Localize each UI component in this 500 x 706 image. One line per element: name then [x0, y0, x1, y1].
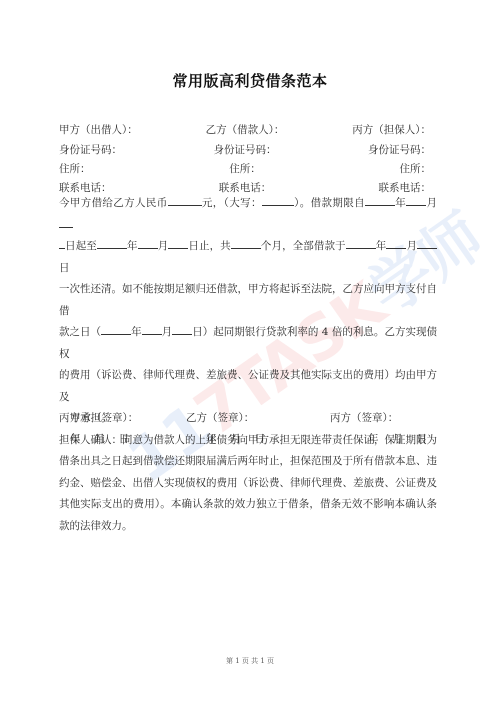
loan-month-blank[interactable] — [142, 324, 162, 335]
guarantor-id-label: 身份证号码： — [368, 142, 431, 157]
amount-blank[interactable] — [168, 195, 202, 206]
repay-month-blank[interactable] — [386, 238, 406, 249]
repay-year-blank[interactable] — [346, 238, 376, 249]
borrower-address-label: 住所： — [59, 161, 431, 176]
end-month-blank[interactable] — [138, 238, 158, 249]
id-row: 身份证号码： 身份证号码： 身份证号码： — [59, 142, 431, 156]
end-day-blank[interactable] — [168, 238, 188, 249]
borrower-signature-label: 乙方（签章）： — [186, 410, 254, 425]
borrower-date: 年 月 日 — [206, 431, 265, 446]
start-month-blank[interactable] — [406, 195, 426, 206]
guarantor-date: 年 月 日 — [368, 431, 427, 446]
lender-date: 年 月 日 — [70, 431, 129, 446]
guarantor-label: 丙方（担保人）： — [352, 122, 431, 137]
address-row: 住所： 住所： 住所： — [59, 161, 431, 175]
document-page: 117TASK学师 常用版高利贷借条范本 甲方（出借人）： 乙方（借款人）： 丙… — [0, 0, 500, 706]
amount-words-blank[interactable] — [262, 195, 294, 206]
guarantor-signature-label: 丙方（签章）： — [330, 410, 398, 425]
parties-row: 甲方（出借人）： 乙方（借款人）： 丙方（担保人）： — [59, 122, 431, 136]
loan-year-blank[interactable] — [101, 324, 131, 335]
start-day-blank[interactable] — [59, 217, 73, 228]
page-number: 第 1 页 共 1 页 — [0, 656, 500, 666]
start-year-blank[interactable] — [365, 195, 395, 206]
repay-day-blank[interactable] — [417, 238, 437, 249]
loan-terms-paragraph: 今甲方借给乙方人民币元，（大写：）。借款期限自年月 日起至年月日止，共个月，全部… — [59, 193, 437, 537]
loan-day-blank[interactable] — [172, 324, 192, 335]
guarantor-address-label: 住所： — [400, 161, 432, 176]
months-blank[interactable] — [231, 238, 261, 249]
phone-row: 联系电话： 联系电话： 联系电话： — [59, 180, 431, 194]
end-year-blank[interactable] — [97, 238, 127, 249]
document-title: 常用版高利贷借条范本 — [0, 70, 500, 91]
lender-signature-label: 甲方（签章）： — [70, 410, 138, 425]
